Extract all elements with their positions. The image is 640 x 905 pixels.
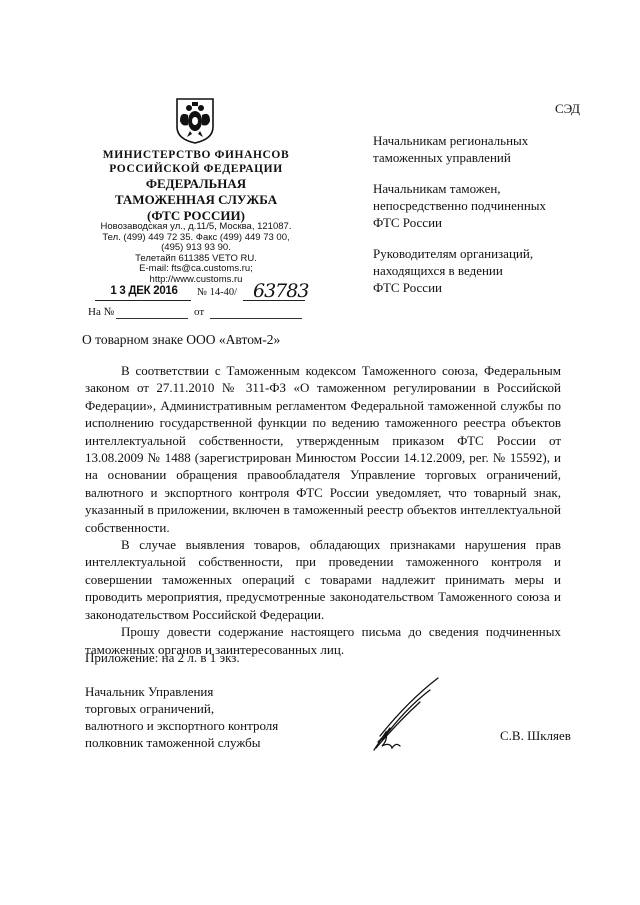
recipient-block-3: Руководителям организаций, находящихся в… <box>373 245 533 296</box>
reference-number-blank <box>116 318 188 319</box>
service-name: ФЕДЕРАЛЬНАЯ ТАМОЖЕННАЯ СЛУЖБА (ФТС РОССИ… <box>100 176 292 224</box>
ministry-line-2: РОССИЙСКОЙ ФЕДЕРАЦИИ <box>100 162 292 176</box>
signer-title-line: полковник таможенной службы <box>85 734 278 751</box>
letter-body: В соответствии с Таможенным кодексом Там… <box>85 362 561 658</box>
number-underline <box>243 300 305 301</box>
contact-address: Новозаводская ул., д.11/5, Москва, 12108… <box>100 222 292 285</box>
recipient-line: таможенных управлений <box>373 149 528 166</box>
recipient-line: Начальникам таможен, <box>373 180 546 197</box>
address-line: Новозаводская ул., д.11/5, Москва, 12108… <box>100 222 292 233</box>
handwritten-signature-icon <box>368 676 440 756</box>
ministry-name: МИНИСТЕРСТВО ФИНАНСОВ РОССИЙСКОЙ ФЕДЕРАЦ… <box>100 148 292 176</box>
registration-number-label: № 14-40/ <box>197 287 237 298</box>
reference-date-blank <box>210 318 302 319</box>
body-paragraph: В соответствии с Таможенным кодексом Там… <box>85 362 561 536</box>
recipient-line: ФТС России <box>373 214 546 231</box>
service-line-1: ФЕДЕРАЛЬНАЯ <box>100 176 292 192</box>
ministry-line-1: МИНИСТЕРСТВО ФИНАНСОВ <box>100 148 292 162</box>
signer-title-line: Начальник Управления <box>85 683 278 700</box>
letter-subject: О товарном знаке ООО «Автом-2» <box>82 332 280 348</box>
recipient-line: находящихся в ведении <box>373 262 533 279</box>
registration-date: 1 3 ДЕК 2016 <box>103 285 185 297</box>
signer-title: Начальник Управления торговых ограничени… <box>85 683 278 751</box>
signer-title-line: торговых ограничений, <box>85 700 278 717</box>
reference-number-label: На № <box>88 306 114 318</box>
phone-line-2: (495) 913 93 90. <box>100 243 292 254</box>
recipient-line: непосредственно подчиненных <box>373 197 546 214</box>
reference-date-label: от <box>194 306 204 318</box>
recipient-line: ФТС России <box>373 279 533 296</box>
sed-mark: СЭД <box>555 101 580 117</box>
recipient-block-2: Начальникам таможен, непосредственно под… <box>373 180 546 231</box>
registration-line: 1 3 ДЕК 2016 № 14-40/ 63783 <box>95 285 310 303</box>
signer-title-line: валютного и экспортного контроля <box>85 717 278 734</box>
attachment-note: Приложение: на 2 л. в 1 экз. <box>85 650 240 666</box>
recipient-line: Начальникам региональных <box>373 132 528 149</box>
date-underline <box>95 300 191 301</box>
body-paragraph: В случае выявления товаров, обладающих п… <box>85 536 561 623</box>
signer-name: С.В. Шкляев <box>500 728 571 744</box>
recipient-block-1: Начальникам региональных таможенных упра… <box>373 132 528 166</box>
recipient-line: Руководителям организаций, <box>373 245 533 262</box>
russian-coat-of-arms-icon <box>174 97 216 145</box>
service-line-2: ТАМОЖЕННАЯ СЛУЖБА <box>100 192 292 208</box>
reference-line: На № от <box>88 306 313 322</box>
registration-number-handwritten: 63783 <box>253 280 308 302</box>
